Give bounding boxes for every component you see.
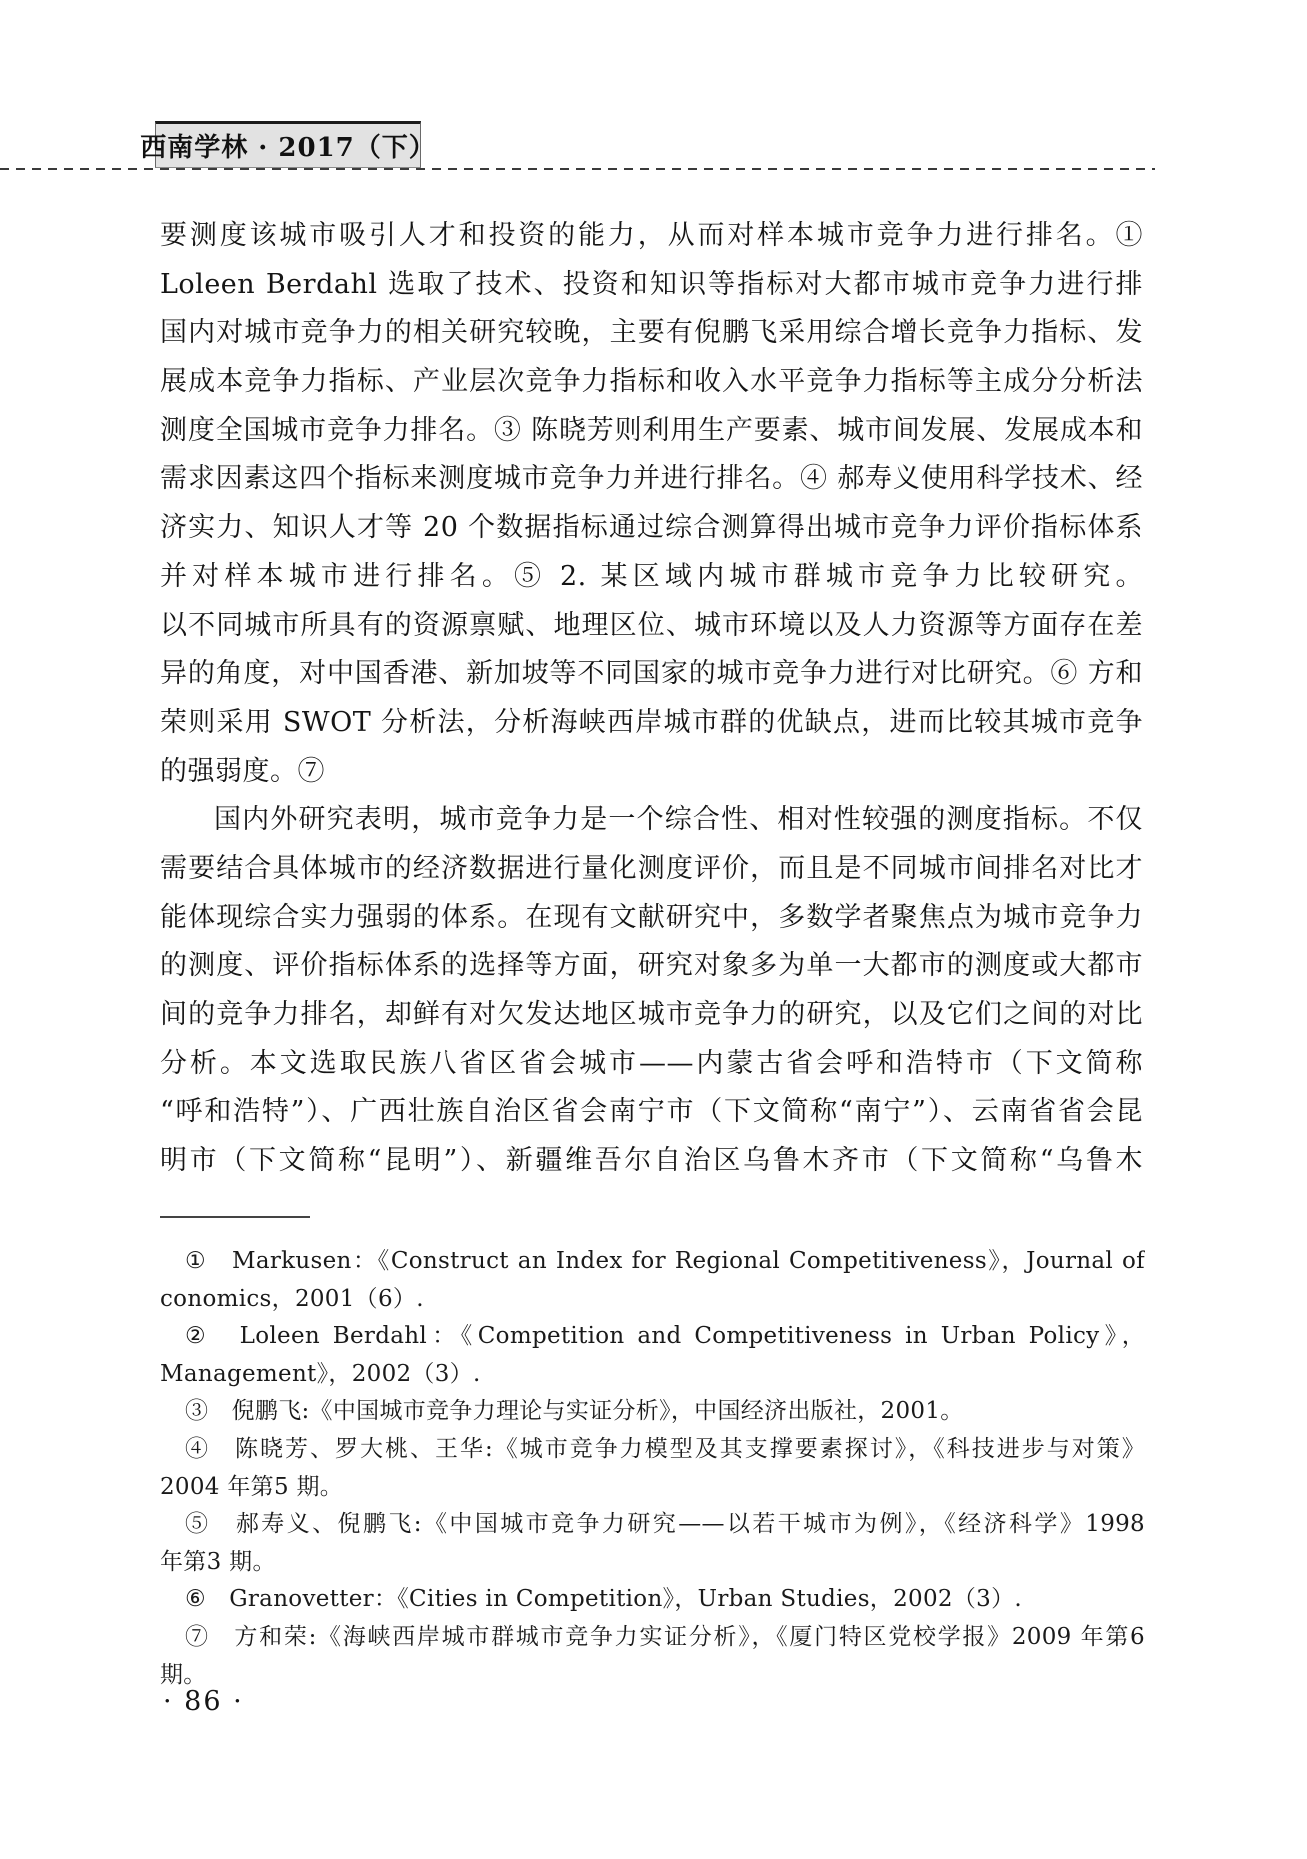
body-line: 需求因素这四个指标来测度城市竞争力并进行排名。④ 郝寿义使用科学技术、经 [160,455,1143,504]
body-line: 并对样本城市进行排名。⑤ 2. 某区域内城市群城市竞争力比较研究。Granove… [160,553,1143,602]
footnote-line: ④ 陈晓芳、罗大桃、王华:《城市竞争力模型及其支撑要素探讨》，《科技进步与对策》 [160,1431,1145,1469]
footnote-line: conomics，2001（6）. [160,1281,1145,1319]
document-page: 西南学林 · 2017（下） 要测度该城市吸引人才和投资的能力，从而对样本城市竞… [0,0,1307,1859]
footnote-line: Management》，2002（3）. [160,1356,1145,1394]
journal-title: 西南学林 · 2017（下） [140,127,436,164]
footnote-line: ⑥ Granovetter：《Cities in Competition》，Ur… [160,1581,1145,1619]
footnote-line: ⑦ 方和荣:《海峡西岸城市群城市竞争力实证分析》，《厦门特区党校学报》2009 … [160,1619,1145,1657]
body-line: 异的角度，对中国香港、新加坡等不同国家的城市竞争力进行对比研究。⑥ 方和 [160,650,1143,699]
body-line: 国内外研究表明，城市竞争力是一个综合性、相对性较强的测度指标。不仅 [160,796,1143,845]
body-line: 测度全国城市竞争力排名。③ 陈晓芳则利用生产要素、城市间发展、发展成本和 [160,407,1143,456]
body-text: 要测度该城市吸引人才和投资的能力，从而对样本城市竞争力进行排名。① Loleen… [160,212,1143,1186]
body-line: 展成本竞争力指标、产业层次竞争力指标和收入水平竞争力指标等主成分分析法 [160,358,1143,407]
body-line: Loleen Berdahl 选取了技术、投资和知识等指标对大都市城市竞争力进行… [160,261,1143,310]
footnote-line: 2004 年第5 期。 [160,1469,1145,1507]
body-line: 要测度该城市吸引人才和投资的能力，从而对样本城市竞争力进行排名。① [160,212,1143,261]
body-line: 以不同城市所具有的资源禀赋、地理区位、城市环境以及人力资源等方面存在差 [160,602,1143,651]
footnote-line: 年第3 期。 [160,1544,1145,1582]
body-line: “呼和浩特”）、广西壮族自治区省会南宁市（下文简称“南宁”）、云南省省会昆 [160,1088,1143,1137]
journal-header-box: 西南学林 · 2017（下） [155,121,421,168]
header-divider [0,168,1155,170]
body-line: 明市（下文简称“昆明”）、新疆维吾尔自治区乌鲁木齐市（下文简称“乌鲁木 [160,1137,1143,1186]
body-line: 需要结合具体城市的经济数据进行量化测度评价，而且是不同城市间排名对比才 [160,845,1143,894]
footnote-line: ① Markusen：《Construct an Index for Regio… [160,1243,1145,1281]
footnote-line: 期。 [160,1657,1145,1695]
footnote-line: ② Loleen Berdahl：《Competition and Compet… [160,1318,1145,1356]
body-line: 能体现综合实力强弱的体系。在现有文献研究中，多数学者聚焦点为城市竞争力 [160,894,1143,943]
footnotes: ① Markusen：《Construct an Index for Regio… [160,1243,1145,1694]
body-line: 荣则采用 SWOT 分析法，分析海峡西岸城市群的优缺点，进而比较其城市竞争力 [160,699,1143,748]
body-line: 的强弱度。⑦ [160,748,1143,797]
body-line: 济实力、知识人才等 20 个数据指标通过综合测算得出城市竞争力评价指标体系 [160,504,1143,553]
footnote-divider [160,1216,310,1218]
body-line: 国内对城市竞争力的相关研究较晚，主要有倪鹏飞采用综合增长竞争力指标、发 [160,309,1143,358]
footnote-line: ⑤ 郝寿义、倪鹏飞:《中国城市竞争力研究——以若干城市为例》，《经济科学》199… [160,1506,1145,1544]
footnote-line: ③ 倪鹏飞:《中国城市竞争力理论与实证分析》，中国经济出版社，2001。 [160,1393,1145,1431]
body-line: 的测度、评价指标体系的选择等方面，研究对象多为单一大都市的测度或大都市 [160,942,1143,991]
body-line: 分析。本文选取民族八省区省会城市——内蒙古省会呼和浩特市（下文简称 [160,1040,1143,1089]
page-number: · 86 · [163,1686,244,1717]
body-line: 间的竞争力排名，却鲜有对欠发达地区城市竞争力的研究，以及它们之间的对比 [160,991,1143,1040]
